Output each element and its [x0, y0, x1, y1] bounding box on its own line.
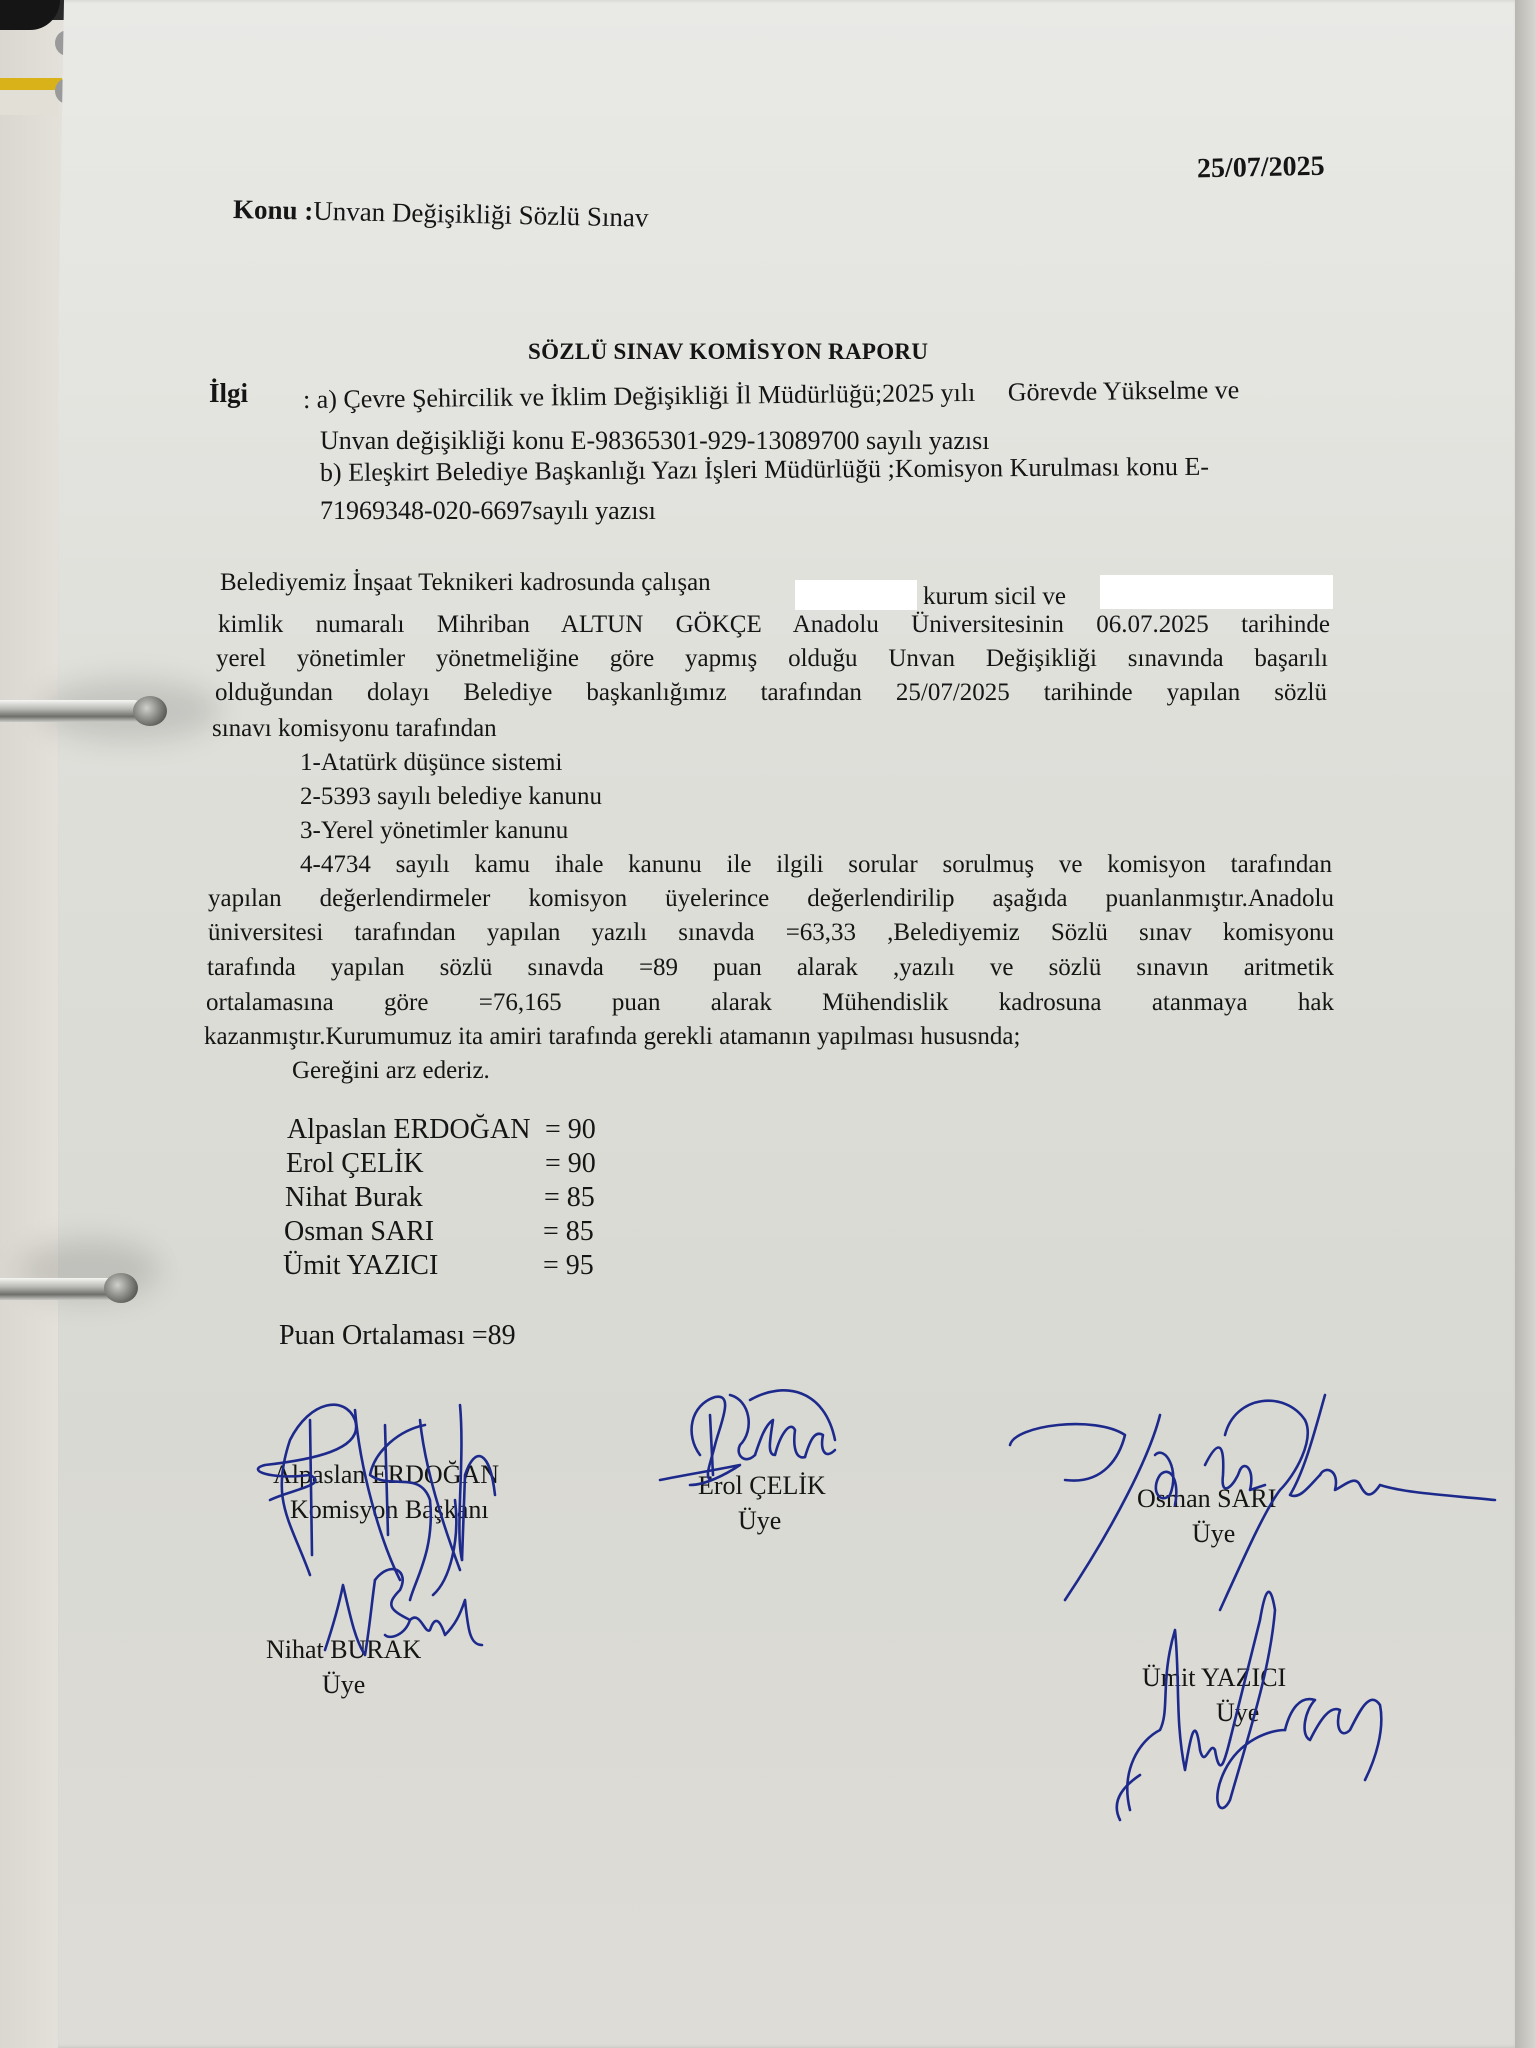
score-average: Puan Ortalaması =89 — [279, 1322, 516, 1350]
body-line: kurum sicil ve — [923, 584, 1066, 609]
score-name: Nihat Burak — [285, 1184, 423, 1212]
topic-item: 2-5393 sayılı belediye kanunu — [300, 784, 602, 809]
signature-erol-celik — [655, 1385, 875, 1495]
body-line: kazanmıştır.Kurumumuz ita amiri tarafınd… — [204, 1024, 1020, 1049]
score-name: Alpaslan ERDOĞAN — [287, 1116, 530, 1144]
yellow-folder-tab — [0, 78, 62, 90]
score-value: = 85 — [543, 1218, 594, 1246]
body-line: yapılan değerlendirmeler komisyon üyeler… — [208, 886, 1334, 911]
body-line: olduğundan dolayı Belediye başkanlığımız… — [215, 680, 1327, 705]
redacted-registry-number — [795, 580, 917, 610]
reference-line: 71969348-020-6697sayılı yazısı — [320, 498, 656, 524]
binder-ring-cap — [104, 1273, 138, 1303]
score-value: = 95 — [543, 1252, 594, 1280]
topic-item: 1-Atatürk düşünce sistemi — [300, 750, 562, 775]
topic-item: 3-Yerel yönetimler kanunu — [300, 818, 568, 843]
score-value: = 90 — [545, 1150, 596, 1178]
reference-label: İlgi — [209, 380, 248, 407]
body-line: yerel yönetimler yönetmeliğine göre yapm… — [216, 646, 1328, 671]
binder-ring-top — [0, 700, 145, 722]
score-name: Erol ÇELİK — [286, 1150, 424, 1178]
signatory-role: Üye — [738, 1508, 781, 1534]
subject-label: Konu : — [233, 194, 314, 226]
body-line: ortalamasına göre =76,165 puan alarak Mü… — [206, 990, 1334, 1015]
score-value: = 90 — [545, 1116, 596, 1144]
beige-folder-tab — [0, 90, 58, 115]
document-date: 25/07/2025 — [1197, 153, 1325, 184]
closing-line: Gereğini arz ederiz. — [292, 1058, 490, 1083]
reference-line: Unvan değişikliği konu E-98365301-929-13… — [320, 428, 989, 454]
body-line: Belediyemiz İnşaat Teknikeri kadrosunda … — [220, 570, 711, 595]
reference-line: b) Eleşkirt Belediye Başkanlığı Yazı İşl… — [320, 454, 1209, 486]
body-line: tarafında yapılan sözlü sınavda =89 puan… — [207, 955, 1334, 980]
body-line: sınavı komisyonu tarafından — [212, 716, 497, 741]
binder-ring-cap — [133, 696, 167, 726]
score-name: Ümit YAZICI — [283, 1252, 438, 1280]
signature-umit-yazici — [1100, 1570, 1420, 1830]
signature-nihat-burak — [310, 1560, 490, 1680]
score-name: Osman SARI — [284, 1218, 434, 1246]
topic-item: 4-4734 sayılı kamu ihale kanunu ile ilgi… — [300, 852, 1332, 877]
document-title: SÖZLÜ SINAV KOMİSYON RAPORU — [528, 340, 928, 363]
body-line: kimlik numaralı Mihriban ALTUN GÖKÇE Ana… — [218, 612, 1330, 637]
redacted-id-number — [1100, 575, 1333, 609]
score-value: = 85 — [544, 1184, 595, 1212]
binder-ring-bottom — [0, 1278, 118, 1300]
page-edge-shadow — [1515, 0, 1536, 2048]
body-line: üniversitesi tarafından yapılan yazılı s… — [208, 920, 1334, 945]
